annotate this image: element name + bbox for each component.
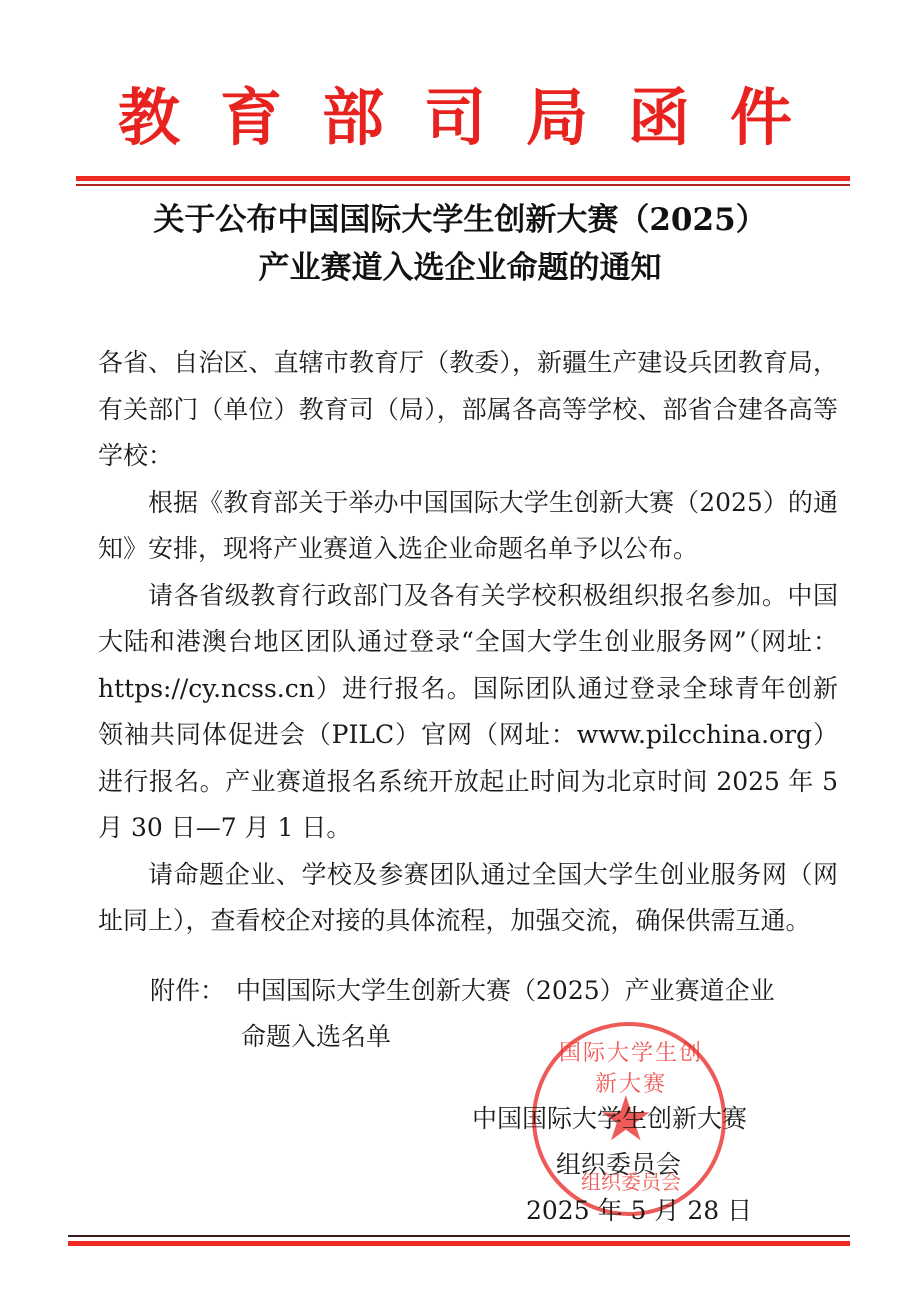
signature-org-line1: 中国国际大学生创新大赛 [440,1096,830,1142]
paragraph-1: 根据《教育部关于举办中国国际大学生创新大赛（2025）的通知》安排，现将产业赛道… [98,480,838,573]
attachment-label: 附件： [150,968,236,1014]
signature-block: 中国国际大学生创新大赛 组织委员会 2025 年 5 月 28 日 [440,1096,830,1234]
paragraph-3: 请命题企业、学校及参赛团队通过全国大学生创业服务网（网址同上），查看校企对接的具… [98,852,838,945]
document-title: 关于公布中国国际大学生创新大赛（2025） 产业赛道入选企业命题的通知 [0,196,920,292]
document-body: 各省、自治区、直辖市教育厅（教委），新疆生产建设兵团教育局，有关部门（单位）教育… [98,340,838,945]
document-title-line1: 关于公布中国国际大学生创新大赛（2025） [0,196,920,244]
addressee: 各省、自治区、直辖市教育厅（教委），新疆生产建设兵团教育局，有关部门（单位）教育… [98,340,838,480]
attachment-line1: 中国国际大学生创新大赛（2025）产业赛道企业 [236,976,775,1005]
footer-rule-thick [68,1241,850,1246]
letterhead-title: 教育部司局函件 [0,78,920,158]
signature-org-line2: 组织委员会 [440,1142,830,1188]
signature-date: 2025 年 5 月 28 日 [440,1188,830,1234]
footer-rule-thin [68,1235,850,1237]
document-title-line2: 产业赛道入选企业命题的通知 [0,244,920,292]
paragraph-2: 请各省级教育行政部门及各有关学校积极组织报名参加。中国大陆和港澳台地区团队通过登… [98,573,838,852]
letterhead-rule-thick [76,176,850,181]
letterhead-rule-thin [76,184,850,186]
